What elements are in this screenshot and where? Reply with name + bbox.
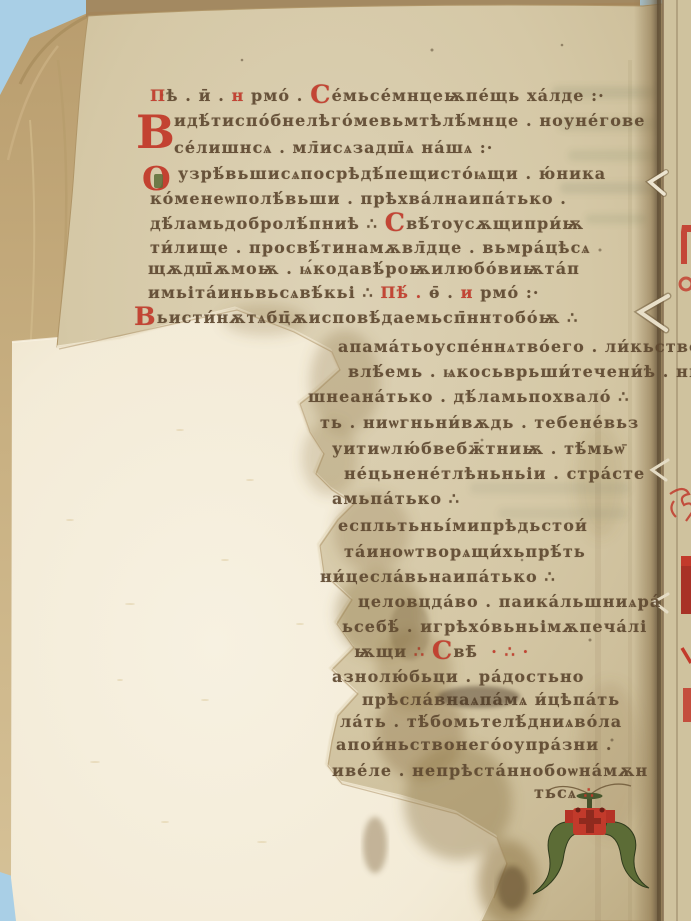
ink-smudge xyxy=(390,600,430,660)
ink-text: уитиѡлю́бвебж̄тниѭ . тѣ́мьѡ̄ xyxy=(332,439,625,458)
rubric-text: · ∴ · xyxy=(491,642,529,661)
rubric-text: н xyxy=(232,86,245,105)
text-line: дѣ́ламьдобролѣ́пниѣ ∴ Свѣ́тоусѫщипри́ѭ xyxy=(150,216,584,232)
ink-text: дѣ́ламьдобролѣ́пниѣ ∴ xyxy=(150,214,385,233)
text-line: Вьисти́нѫтѧбц̄ѫисповѣ́даемьсп̄ннтобо́ѭ ∴ xyxy=(134,310,578,326)
text-line: амьпа́тько ∴ xyxy=(332,491,460,507)
ink-text: апама́тьоуспе́ннѧтво́его . ли́кьствоу xyxy=(338,337,691,356)
text-line: ко́менеѡполѣ́вьши . прѣхва́лнаипа́тько . xyxy=(150,191,567,207)
text-line: шнеана́тько . дѣ́ламьпохвало́ ∴ xyxy=(308,389,629,405)
text-line: та́иноѡтворѧщи́хьпрѣ́ть xyxy=(344,544,586,560)
ink-text: амьпа́тько ∴ xyxy=(332,489,460,508)
ink-text: ко́менеѡполѣ́вьши . прѣхва́лнаипа́тько . xyxy=(150,189,567,208)
manuscript-photo: Пѣ . ӣ . н рмо́ . Се́мьсе́мнцеѭпе́щь ха́… xyxy=(0,0,691,921)
ink-text: имьіта́иньвьсѧвѣ́кьі ∴ xyxy=(148,283,380,302)
text-line: не́цьнене́тлѣньньіи . стра́сте xyxy=(344,466,645,482)
ink-text: вѣ̄ xyxy=(453,642,491,661)
text-line: ни́цесла́вьнаипа́тько ∴ xyxy=(320,569,556,585)
text-line: ти́лище . просвѣ́тинамѫвл̄дце . вьмра́цѣ… xyxy=(150,240,591,256)
text-line: апама́тьоуспе́ннѧтво́его . ли́кьствоу xyxy=(338,339,691,355)
initial-o-green-center xyxy=(154,174,163,188)
ink-text: иве́ле . непрѣста́ннобоѡна́мѫн xyxy=(332,761,648,780)
ink-text: е́мьсе́мнцеѭпе́щь ха́лде :· xyxy=(332,86,605,105)
text-line: Пѣ . ӣ . н рмо́ . Се́мьсе́мнцеѭпе́щь ха́… xyxy=(150,88,605,104)
text-line: ьсебѣ́ . игрѣхо́вьньімѫпеча́лі xyxy=(342,619,647,635)
ink-text: та́иноѡтворѧщи́хьпрѣ́ть xyxy=(344,542,586,561)
rubric-text: ∴ xyxy=(584,783,595,802)
ink-text: шнеана́тько . дѣ́ламьпохвало́ ∴ xyxy=(308,387,629,406)
text-line: имьіта́иньвьсѧвѣ́кьі ∴ Пѣ́ . ѳ̄ . и рмо́… xyxy=(148,285,540,301)
rubric-text: Пѣ́ . xyxy=(380,283,429,302)
text-line: уитиѡлю́бвебж̄тниѭ . тѣ́мьѡ̄ xyxy=(332,441,625,457)
text-line: узрѣ́вьшисѧпосрѣдѣ́пещисто́ѩщи . ю́ника xyxy=(178,166,606,182)
ink-text: идѣ́тиспо́бнелѣго́мевьмтѣлѣ́мнце . ноуне… xyxy=(174,111,646,130)
text-line: иве́ле . непрѣста́ннобоѡна́мѫн xyxy=(332,763,648,779)
ink-text: се́лишнсѧ . мл̄исѧзадш̄ѧ на́шѧ :· xyxy=(174,138,493,157)
text-line: ла́ть . тѣ́бомьтелѣ́дниѧво́ла xyxy=(340,714,622,730)
ink-text: не́цьнене́тлѣньньіи . стра́сте xyxy=(344,464,645,483)
text-line: идѣ́тиспо́бнелѣго́мевьмтѣлѣ́мнце . ноуне… xyxy=(174,113,646,129)
ink-text: ѳ̄ . xyxy=(429,283,461,302)
rubric-text: П xyxy=(150,86,166,105)
rubric-text: В xyxy=(134,302,157,332)
ink-text: щѫдш̄ѫмоѭ . ѩ́кодавѣ́роѭилюбо́виѭта́п xyxy=(148,259,580,278)
rubric-text: и xyxy=(461,283,474,302)
ink-text: узрѣ́вьшисѧпосрѣдѣ́пещисто́ѩщи . ю́ника xyxy=(178,164,606,183)
text-line: щѫдш̄ѫмоѭ . ѩ́кодавѣ́роѭилюбо́виѭта́п xyxy=(148,261,580,277)
text-line: тьсѧ ∴ xyxy=(534,785,595,801)
ink-text: рмо́ :· xyxy=(474,283,540,302)
rubric-text: С xyxy=(385,208,406,238)
text-line: ть . ниѡгньни́вѫдь . тебене́вьз xyxy=(320,415,639,431)
rubric-text: С xyxy=(432,636,453,666)
initial-letter: В xyxy=(136,109,175,155)
ink-text: ьисти́нѫтѧбц̄ѫисповѣ́даемьсп̄ннтобо́ѭ ∴ xyxy=(157,308,579,327)
ink-text: ть . ниѡгньни́вѫдь . тебене́вьз xyxy=(320,413,639,432)
manuscript-text-block: Пѣ . ӣ . н рмо́ . Се́мьсе́мнцеѭпе́щь ха́… xyxy=(0,0,691,921)
ink-text: ѣ . ӣ . xyxy=(166,86,231,105)
ink-text: ти́лище . просвѣ́тинамѫвл̄дце . вьмра́цѣ… xyxy=(150,238,591,257)
ink-text: влѣ́емь . ѩкосьврьши́течени́ѣ . нь xyxy=(348,362,691,381)
ink-text: апои́ньствонего́оупра́зни . xyxy=(336,735,613,754)
text-line: апои́ньствонего́оупра́зни . xyxy=(336,737,613,753)
rubric-text: С xyxy=(310,80,331,110)
ink-text: азнолю́бьци . ра́достьно xyxy=(332,667,585,686)
ink-text: вѣ́тоусѫщипри́ѭ xyxy=(406,214,584,233)
text-line: се́лишнсѧ . мл̄исѧзадш̄ѧ на́шѧ :· xyxy=(174,140,493,156)
ink-text: рмо́ . xyxy=(244,86,310,105)
ink-text: ьсебѣ́ . игрѣхо́вьньімѫпеча́лі xyxy=(342,617,647,636)
ink-smudge xyxy=(438,686,520,708)
ink-text: тьсѧ xyxy=(534,783,584,802)
ink-text: еспльтьньі́мипрѣдьстои́ xyxy=(338,516,588,535)
text-line: влѣ́емь . ѩкосьврьши́течени́ѣ . нь xyxy=(348,364,691,380)
text-line: еспльтьньі́мипрѣдьстои́ xyxy=(338,518,588,534)
ink-text: ни́цесла́вьнаипа́тько ∴ xyxy=(320,567,556,586)
text-line: ѭщи ∴ Свѣ̄ · ∴ · xyxy=(354,644,529,660)
text-line: азнолю́бьци . ра́достьно xyxy=(332,669,585,685)
ink-text: ла́ть . тѣ́бомьтелѣ́дниѧво́ла xyxy=(340,712,622,731)
